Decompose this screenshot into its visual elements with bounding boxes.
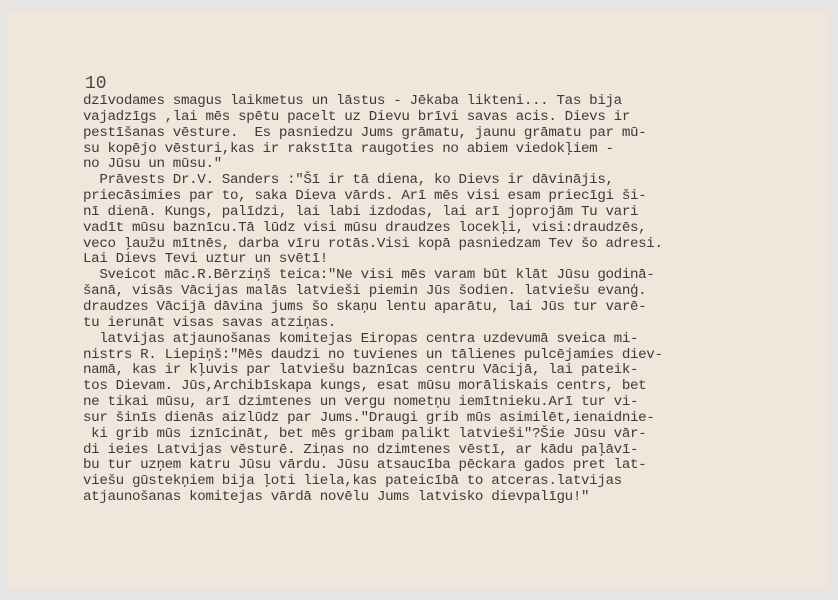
text-line: viešu gūstekņiem bija ļoti liela,kas pat…	[83, 474, 828, 490]
page-number: 10	[85, 74, 107, 94]
text-line: latvijas atjaunošanas komitejas Eiropas …	[83, 332, 828, 348]
text-line: pestīšanas vēsture. Es pasniedzu Jums gr…	[83, 126, 828, 142]
text-line: Lai Dievs Tevi uztur un svētī!	[83, 252, 828, 268]
text-line: nistrs R. Liepiņš:"Mēs daudzi no tuviene…	[83, 348, 828, 364]
body-text: dzīvodames smagus laikmetus un lāstus - …	[83, 94, 828, 506]
text-line: atjaunošanas komitejas vārdā novēlu Jums…	[83, 490, 828, 506]
text-line: draudzes Vācijā dāvina jums šo skaņu len…	[83, 300, 828, 316]
text-line: veco ļaužu mītnēs, darba vīru rotās.Visi…	[83, 237, 828, 253]
text-line: šanā, visās Vācijas malās latvieši piemi…	[83, 284, 828, 300]
text-line: di ieies Latvijas vēsturē. Ziņas no dzim…	[83, 443, 828, 459]
text-line: su kopējo vēsturi,kas ir rakstīta raugot…	[83, 142, 828, 158]
text-line: ne tikai mūsu, arī dzimtenes un vergu no…	[83, 395, 828, 411]
text-line: namā, kas ir kļuvis par latviešu baznīca…	[83, 363, 828, 379]
text-line: ki grib mūs iznīcināt, bet mēs gribam pa…	[83, 427, 828, 443]
text-line: bu tur uzņem katru Jūsu vārdu. Jūsu atsa…	[83, 458, 828, 474]
text-line: vajadzīgs ,lai mēs spētu pacelt uz Dievu…	[83, 110, 828, 126]
text-line: vadīt mūsu baznīcu.Tā lūdz visi mūsu dra…	[83, 221, 828, 237]
text-line: sur šinīs dienās aizlūdz par Jums."Draug…	[83, 411, 828, 427]
text-line: priecāsimies par to, saka Dieva vārds. A…	[83, 189, 828, 205]
text-line: tos Dievam. Jūs,Archibīskapa kungs, esat…	[83, 379, 828, 395]
text-line: nī dienā. Kungs, palīdzi, lai labi izdod…	[83, 205, 828, 221]
text-line: Prāvests Dr.V. Sanders :"Šī ir tā diena,…	[83, 173, 828, 189]
text-line: no Jūsu un mūsu."	[83, 157, 828, 173]
text-line: dzīvodames smagus laikmetus un lāstus - …	[83, 94, 828, 110]
text-line: tu ierunāt visas savas atziņas.	[83, 316, 828, 332]
text-line: Sveicot māc.R.Bērziņš teica:"Ne visi mēs…	[83, 268, 828, 284]
